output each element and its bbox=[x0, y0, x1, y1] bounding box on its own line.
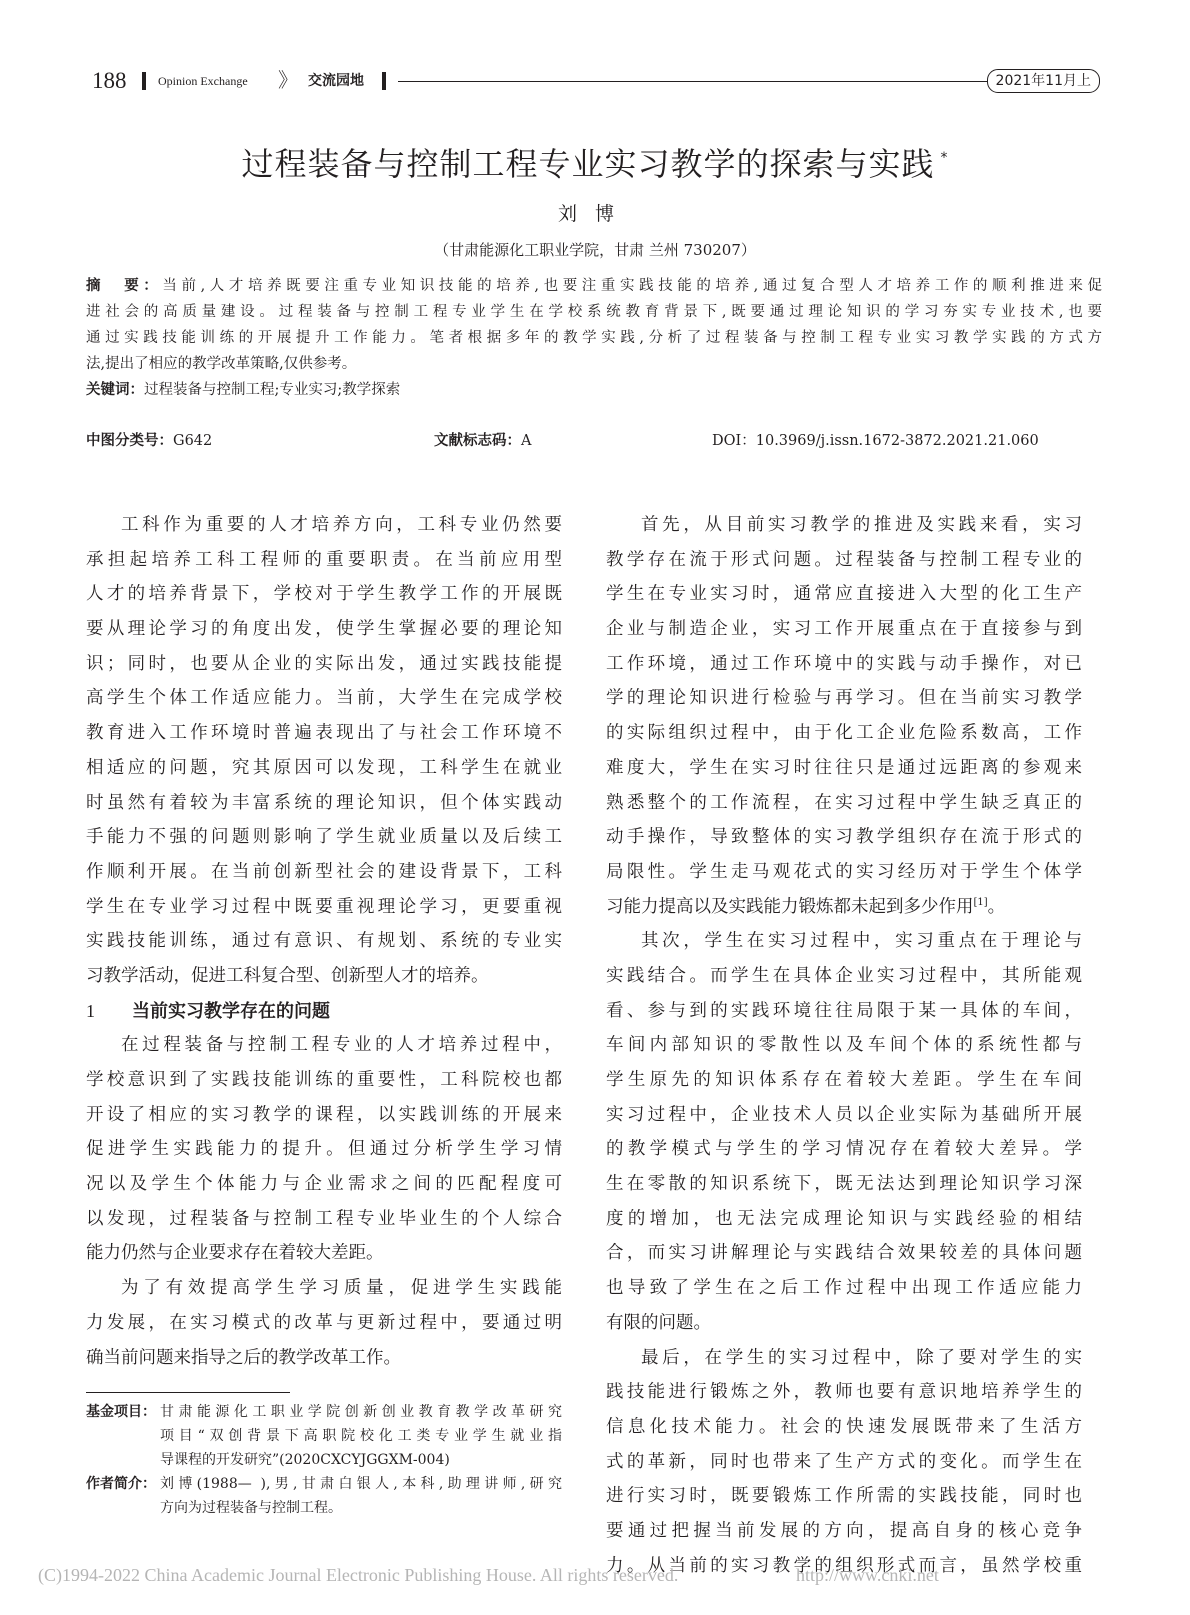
text-line: 动手操作，导致整体的实习教学组织存在流于形式的 bbox=[606, 820, 1082, 855]
text-line: 工科作为重要的人才培养方向，工科专业仍然要 bbox=[86, 508, 562, 543]
paragraph: 其次，学生在实习过程中，实习重点在于理论与 实践结合。而学生在具体企业实习过程中… bbox=[606, 924, 1082, 1340]
clc-code: 中图分类号：G642 bbox=[86, 428, 212, 454]
keywords: 关键词：过程装备与控制工程;专业实习;教学探索 bbox=[86, 377, 1102, 403]
text-line: 进行实习时，既要锻炼工作所需的实践技能，同时也 bbox=[606, 1479, 1082, 1514]
text-line: 最后，在学生的实习过程中，除了要对学生的实 bbox=[606, 1341, 1082, 1376]
text-line: 式的革新，同时也带来了生产方式的变化。而学生在 bbox=[606, 1445, 1082, 1480]
abstract-line: 通过实践技能训练的开展提升工作能力。笔者根据多年的教学实践,分析了过程装备与控制… bbox=[86, 325, 1102, 351]
paragraph: 在过程装备与控制工程专业的人才培养过程中， 学校意识到了实践技能训练的重要性，工… bbox=[86, 1028, 562, 1271]
text-line: 以发现，过程装备与控制工程专业毕业生的个人综合 bbox=[86, 1202, 562, 1237]
text-line: 合，而实习讲解理论与实践结合效果较差的具体问题 bbox=[606, 1236, 1082, 1271]
text-line: 首先，从目前实习教学的推进及实践来看，实习 bbox=[606, 508, 1082, 543]
column-name-en: Opinion Exchange bbox=[158, 66, 248, 96]
text-span: 习能力提高以及实践能力锻炼都未起到多少作用 bbox=[606, 897, 974, 917]
text-line: 度的增加，也无法完成理论知识与实践经验的相结 bbox=[606, 1202, 1082, 1237]
abstract-label: 摘 要： bbox=[86, 278, 162, 294]
text-line: 作顺利开展。在当前创新型社会的建设背景下，工科 bbox=[86, 855, 562, 890]
abstract-line: 摘 要：当前,人才培养既要注重专业知识技能的培养,也要注重实践技能的培养,通过复… bbox=[86, 273, 1102, 299]
abstract-text: 当前,人才培养既要注重专业知识技能的培养,也要注重实践技能的培养,通过复合型人才… bbox=[162, 278, 1102, 294]
text-line: 识；同时，也要从企业的实际出发，通过实践技能提 bbox=[86, 647, 562, 682]
text-line: 学生在专业学习过程中既要重视理论学习，更要重视 bbox=[86, 890, 562, 925]
text-line: 的实际组织过程中，由于化工企业危险系数高，工作 bbox=[606, 716, 1082, 751]
text-line: 教学存在流于形式问题。过程装备与控制工程专业的 bbox=[606, 543, 1082, 578]
footnotes: 基金项目： 甘肃能源化工职业学院创新创业教育教学改革研究 项目“双创背景下高职院… bbox=[86, 1400, 562, 1520]
text-line: 实践结合。而学生在具体企业实习过程中，其所能观 bbox=[606, 959, 1082, 994]
cnki-link[interactable]: http://www.cnki.net bbox=[796, 1565, 939, 1586]
section-heading: 1当前实习教学存在的问题 bbox=[86, 994, 562, 1029]
text-line: 习教学活动，促进工科复合型、创新型人才的培养。 bbox=[86, 959, 562, 994]
text-line: 在过程装备与控制工程专业的人才培养过程中， bbox=[86, 1028, 562, 1063]
text-span: 。 bbox=[988, 897, 1006, 917]
abstract: 摘 要：当前,人才培养既要注重专业知识技能的培养,也要注重实践技能的培养,通过复… bbox=[86, 273, 1102, 403]
affiliation: （甘肃能源化工职业学院，甘肃 兰州 730207） bbox=[0, 238, 1190, 262]
text-line: 导课程的开发研究”(2020CXCYJGGXM-004) bbox=[160, 1448, 562, 1472]
clc-value: G642 bbox=[173, 433, 212, 449]
funding-label: 基金项目： bbox=[86, 1400, 156, 1424]
text-line: 学校意识到了实践技能训练的重要性，工科院校也都 bbox=[86, 1063, 562, 1098]
text-line: 时虽然有着较为丰富系统的理论知识，但个体实践动 bbox=[86, 786, 562, 821]
text-line: 相适应的问题，究其原因可以发现，工科学生在就业 bbox=[86, 751, 562, 786]
text-line: 学的理论知识进行检验与再学习。但在当前实习教学 bbox=[606, 681, 1082, 716]
section-title: 当前实习教学存在的问题 bbox=[132, 1001, 330, 1022]
copyright-notice: (C)1994-2022 China Academic Journal Elec… bbox=[38, 1565, 678, 1586]
text-line: 况以及学生个体能力与企业需求之间的匹配程度可 bbox=[86, 1167, 562, 1202]
title-footnote-mark: * bbox=[941, 150, 949, 166]
paragraph: 最后，在学生的实习过程中，除了要对学生的实 践技能进行锻炼之外，教师也要有意识地… bbox=[606, 1341, 1082, 1584]
text-line: 学生原先的知识体系存在着较大差距。学生在车间 bbox=[606, 1063, 1082, 1098]
paragraph: 首先，从目前实习教学的推进及实践来看，实习 教学存在流于形式问题。过程装备与控制… bbox=[606, 508, 1082, 924]
body-right-column: 首先，从目前实习教学的推进及实践来看，实习 教学存在流于形式问题。过程装备与控制… bbox=[606, 508, 1082, 1583]
author-name: 刘博 bbox=[0, 200, 1190, 228]
doi-label: DOI： bbox=[712, 433, 756, 449]
divider-bar bbox=[142, 72, 146, 90]
text-line: 车间内部知识的零散性以及车间个体的系统性都与 bbox=[606, 1028, 1082, 1063]
doc-code-label: 文献标志码： bbox=[434, 433, 521, 449]
text-line: 也导致了学生在之后工作过程中出现工作适应能力 bbox=[606, 1271, 1082, 1306]
title-text: 过程装备与控制工程专业实习教学的探索与实践 bbox=[241, 145, 934, 183]
text-line: 为了有效提高学生学习质量，促进学生实践能 bbox=[86, 1271, 562, 1306]
paragraph: 为了有效提高学生学习质量，促进学生实践能 力发展，在实习模式的改革与更新过程中，… bbox=[86, 1271, 562, 1375]
text-line: 承担起培养工科工程师的重要职责。在当前应用型 bbox=[86, 543, 562, 578]
abstract-line: 法,提出了相应的教学改革策略,仅供参考。 bbox=[86, 351, 1102, 377]
text-line: 确当前问题来指导之后的教学改革工作。 bbox=[86, 1341, 562, 1376]
text-line: 践技能进行锻炼之外，教师也要有意识地培养学生的 bbox=[606, 1375, 1082, 1410]
keywords-label: 关键词： bbox=[86, 382, 144, 398]
section-number: 1 bbox=[86, 994, 132, 1029]
text-line: 实践技能训练，通过有意识、有规划、系统的专业实 bbox=[86, 924, 562, 959]
text-line: 难度大，学生在实习时往往只是通过远距离的参观来 bbox=[606, 751, 1082, 786]
funding-note: 基金项目： 甘肃能源化工职业学院创新创业教育教学改革研究 项目“双创背景下高职院… bbox=[86, 1400, 562, 1472]
text-line: 生在零散的知识系统下，既无法达到理论知识学习深 bbox=[606, 1167, 1082, 1202]
running-header: 188 Opinion Exchange 》 交流园地 2021年11月上 bbox=[88, 66, 1100, 96]
clc-label: 中图分类号： bbox=[86, 433, 173, 449]
article-title: 过程装备与控制工程专业实习教学的探索与实践* bbox=[0, 142, 1190, 186]
author-bio-label: 作者简介： bbox=[86, 1472, 156, 1496]
text-line: 熟悉整个的工作流程，在实习过程中学生缺乏真正的 bbox=[606, 786, 1082, 821]
text-line: 开设了相应的实习教学的课程，以实践训练的开展来 bbox=[86, 1098, 562, 1133]
text-line: 学生在专业实习时，通常应直接进入大型的化工生产 bbox=[606, 577, 1082, 612]
issue-badge: 2021年11月上 bbox=[987, 69, 1100, 93]
text-line: 促进学生实践能力的提升。但通过分析学生学习情 bbox=[86, 1132, 562, 1167]
text-line: 局限性。学生走马观花式的实习经历对于学生个体学 bbox=[606, 855, 1082, 890]
classification-row: 中图分类号：G642 文献标志码：A DOI：10.3969/j.issn.16… bbox=[86, 428, 1102, 454]
doi: DOI：10.3969/j.issn.1672-3872.2021.21.060 bbox=[712, 428, 1039, 454]
text-line: 方向为过程装备与控制工程。 bbox=[160, 1496, 562, 1520]
footnote-rule bbox=[86, 1392, 290, 1393]
text-line: 刘博(1988— ),男,甘肃白银人,本科,助理讲师,研究 bbox=[160, 1472, 562, 1496]
author-bio-note: 作者简介： 刘博(1988— ),男,甘肃白银人,本科,助理讲师,研究 方向为过… bbox=[86, 1472, 562, 1520]
text-line: 其次，学生在实习过程中，实习重点在于理论与 bbox=[606, 924, 1082, 959]
text-line: 教育进入工作环境时普遍表现出了与社会工作环境不 bbox=[86, 716, 562, 751]
text-line: 要从理论学习的角度出发，使学生掌握必要的理论知 bbox=[86, 612, 562, 647]
text-line: 能力仍然与企业要求存在着较大差距。 bbox=[86, 1236, 562, 1271]
double-chevron-icon: 》 bbox=[278, 66, 290, 94]
text-line: 要通过把握当前发展的方向，提高自身的核心竞争 bbox=[606, 1514, 1082, 1549]
text-line: 信息化技术能力。社会的快速发展既带来了生活方 bbox=[606, 1410, 1082, 1445]
citation-ref[interactable]: [1] bbox=[974, 897, 988, 908]
doc-code-value: A bbox=[521, 433, 531, 449]
column-name-cn: 交流园地 bbox=[308, 66, 364, 96]
doi-value: 10.3969/j.issn.1672-3872.2021.21.060 bbox=[756, 433, 1039, 449]
paragraph: 工科作为重要的人才培养方向，工科专业仍然要 承担起培养工科工程师的重要职责。在当… bbox=[86, 508, 562, 994]
header-rule bbox=[398, 81, 988, 82]
text-line: 看、参与到的实践环境往往局限于某一具体的车间， bbox=[606, 994, 1082, 1029]
text-line: 企业与制造企业，实习工作开展重点在于直接参与到 bbox=[606, 612, 1082, 647]
page-number: 188 bbox=[92, 66, 127, 96]
text-line: 高学生个体工作适应能力。当前，大学生在完成学校 bbox=[86, 681, 562, 716]
text-line: 的教学模式与学生的学习情况存在着较大差异。学 bbox=[606, 1132, 1082, 1167]
divider-bar bbox=[382, 72, 386, 90]
text-line: 工作环境，通过工作环境中的实践与动手操作，对已 bbox=[606, 647, 1082, 682]
text-line: 习能力提高以及实践能力锻炼都未起到多少作用[1]。 bbox=[606, 890, 1082, 925]
text-line: 人才的培养背景下，学校对于学生教学工作的开展既 bbox=[86, 577, 562, 612]
text-line: 实习过程中，企业技术人员以企业实际为基础所开展 bbox=[606, 1098, 1082, 1133]
text-line: 力发展，在实习模式的改革与更新过程中，要通过明 bbox=[86, 1306, 562, 1341]
text-line: 有限的问题。 bbox=[606, 1306, 1082, 1341]
text-line: 甘肃能源化工职业学院创新创业教育教学改革研究 bbox=[160, 1400, 562, 1424]
text-line: 手能力不强的问题则影响了学生就业质量以及后续工 bbox=[86, 820, 562, 855]
keywords-value: 过程装备与控制工程;专业实习;教学探索 bbox=[144, 382, 400, 398]
text-line: 项目“双创背景下高职院校化工类专业学生就业指 bbox=[160, 1424, 562, 1448]
document-code: 文献标志码：A bbox=[434, 428, 531, 454]
abstract-line: 进社会的高质量建设。过程装备与控制工程专业学生在学校系统教育背景下,既要通过理论… bbox=[86, 299, 1102, 325]
body-left-column: 工科作为重要的人才培养方向，工科专业仍然要 承担起培养工科工程师的重要职责。在当… bbox=[86, 508, 562, 1375]
